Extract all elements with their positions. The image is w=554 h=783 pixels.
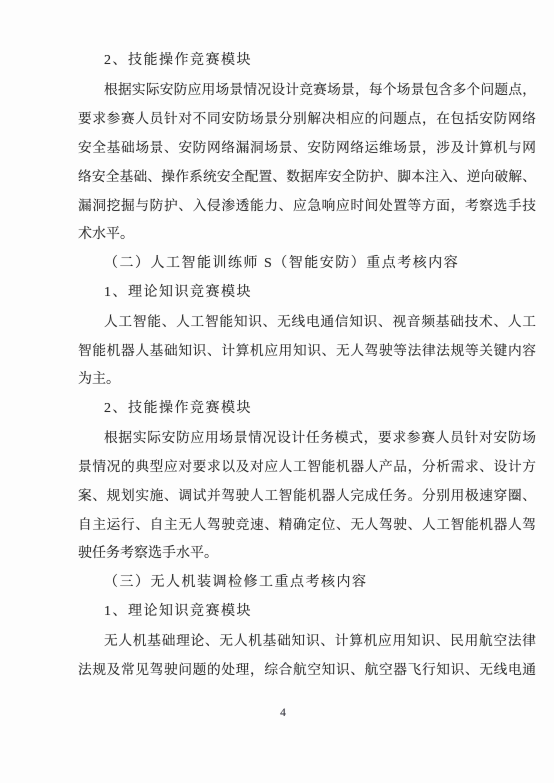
text-line: 要求参赛人员针对不同安防场景分别解决相应的问题点，在包括安防网络	[78, 104, 536, 133]
text-line: 无人机基础理论、无人机基础知识、计算机应用知识、民用航空法律	[78, 626, 536, 655]
heading-line: 2、技能操作竞赛模块	[78, 46, 536, 75]
text-line: 驶任务考察选手水平。	[78, 539, 536, 568]
text-line: 安全基础场景、安防网络漏洞场景、安防网络运维场景，涉及计算机与网	[78, 133, 536, 162]
text-line: 术水平。	[78, 220, 536, 249]
text-line: 根据实际安防应用场景情况设计任务模式，要求参赛人员针对安防场	[78, 423, 536, 452]
text-line: 根据实际安防应用场景情况设计竞赛场景，每个场景包含多个问题点，	[78, 75, 536, 104]
text-line: 法规及常见驾驶问题的处理，综合航空知识、航空器飞行知识、无线电通	[78, 655, 536, 684]
document-body: 2、技能操作竞赛模块 根据实际安防应用场景情况设计竞赛场景，每个场景包含多个问题…	[78, 46, 536, 684]
text-line: 景情况的典型应对要求以及对应人工智能机器人产品，分析需求、设计方	[78, 452, 536, 481]
heading-line: 1、理论知识竞赛模块	[78, 597, 536, 626]
text-line: 人工智能、人工智能知识、无线电通信知识、视音频基础技术、人工	[78, 307, 536, 336]
heading-line: （二）人工智能训练师 S（智能安防）重点考核内容	[78, 249, 536, 278]
heading-line: （三）无人机装调检修工重点考核内容	[78, 568, 536, 597]
text-line: 为主。	[78, 365, 536, 394]
page-number: 4	[6, 700, 554, 726]
document-page: 2、技能操作竞赛模块 根据实际安防应用场景情况设计竞赛场景，每个场景包含多个问题…	[0, 0, 554, 783]
text-line: 智能机器人基础知识、计算机应用知识、无人驾驶等法律法规等关键内容	[78, 336, 536, 365]
text-line: 漏洞挖掘与防护、入侵渗透能力、应急响应时间处置等方面，考察选手技	[78, 191, 536, 220]
text-line: 自主运行、自主无人驾驶竞速、精确定位、无人驾驶、人工智能机器人驾	[78, 510, 536, 539]
text-line: 络安全基础、操作系统安全配置、数据库安全防护、脚本注入、逆向破解、	[78, 162, 536, 191]
heading-line: 1、理论知识竞赛模块	[78, 278, 536, 307]
text-line: 案、规划实施、调试并驾驶人工智能机器人完成任务。分别用极速穿圈、	[78, 481, 536, 510]
heading-line: 2、技能操作竞赛模块	[78, 394, 536, 423]
